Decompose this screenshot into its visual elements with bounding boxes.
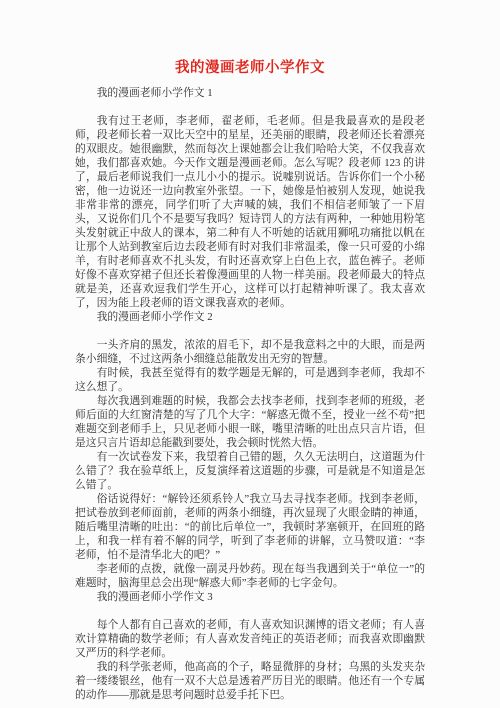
paragraph: 李老师的点拨，就像一副灵丹妙药。现在每当我遇到关于“单位一”的难题时，脑海里总会… bbox=[75, 562, 425, 590]
paragraph: 有一次试卷发下来，我望着自己错的题，久久无法明白，这道题为什么错了？我在验草纸上… bbox=[75, 450, 425, 492]
paragraph: 我有过王老师，李老师，翟老师，毛老师。但是我最喜欢的是段老师，段老师长着一双比天… bbox=[75, 114, 425, 310]
paragraph: 一头齐肩的黑发，浓浓的眉毛下，却不是我意料之中的大眼，而是两条小细缝，不过这两条… bbox=[75, 338, 425, 366]
section-header: 我的漫画老师小学作文 3 bbox=[75, 590, 425, 604]
essay-section: 我的漫画老师小学作文 2一头齐肩的黑发，浓浓的眉毛下，却不是我意料之中的大眼，而… bbox=[75, 310, 425, 590]
paragraph: 有时候，我甚至觉得有的数学题是无解的，可是遇到李老师，我却不这么想了。 bbox=[75, 366, 425, 394]
paragraph: 俗话说得好：“解铃还须系铃人”我立马去寻找李老师。找到李老师，把试卷放到老师面前… bbox=[75, 492, 425, 562]
essay-sections: 我的漫画老师小学作文 1我有过王老师，李老师，翟老师，毛老师。但是我最喜欢的是段… bbox=[75, 86, 425, 702]
document-page: 我的漫画老师小学作文 我的漫画老师小学作文 1我有过王老师，李老师，翟老师，毛老… bbox=[0, 0, 500, 708]
paragraph: 每个人都有自己喜欢的老师，有人喜欢知识渊博的语文老师；有人喜欢计算精确的数学老师… bbox=[75, 618, 425, 660]
section-header: 我的漫画老师小学作文 2 bbox=[75, 310, 425, 324]
paragraph: 我的科学张老师，他高高的个子，略显微胖的身材；乌黑的头发夹杂着一缕缕银丝，他有一… bbox=[75, 660, 425, 702]
page-title: 我的漫画老师小学作文 bbox=[75, 56, 425, 77]
essay-section: 我的漫画老师小学作文 3每个人都有自己喜欢的老师，有人喜欢知识渊博的语文老师；有… bbox=[75, 590, 425, 702]
essay-section: 我的漫画老师小学作文 1我有过王老师，李老师，翟老师，毛老师。但是我最喜欢的是段… bbox=[75, 86, 425, 310]
paragraph: 每次我遇到难题的时候，我都会去找李老师，找到李老师的班级，老师后面的大红窗清楚的… bbox=[75, 394, 425, 450]
section-header: 我的漫画老师小学作文 1 bbox=[75, 86, 425, 100]
